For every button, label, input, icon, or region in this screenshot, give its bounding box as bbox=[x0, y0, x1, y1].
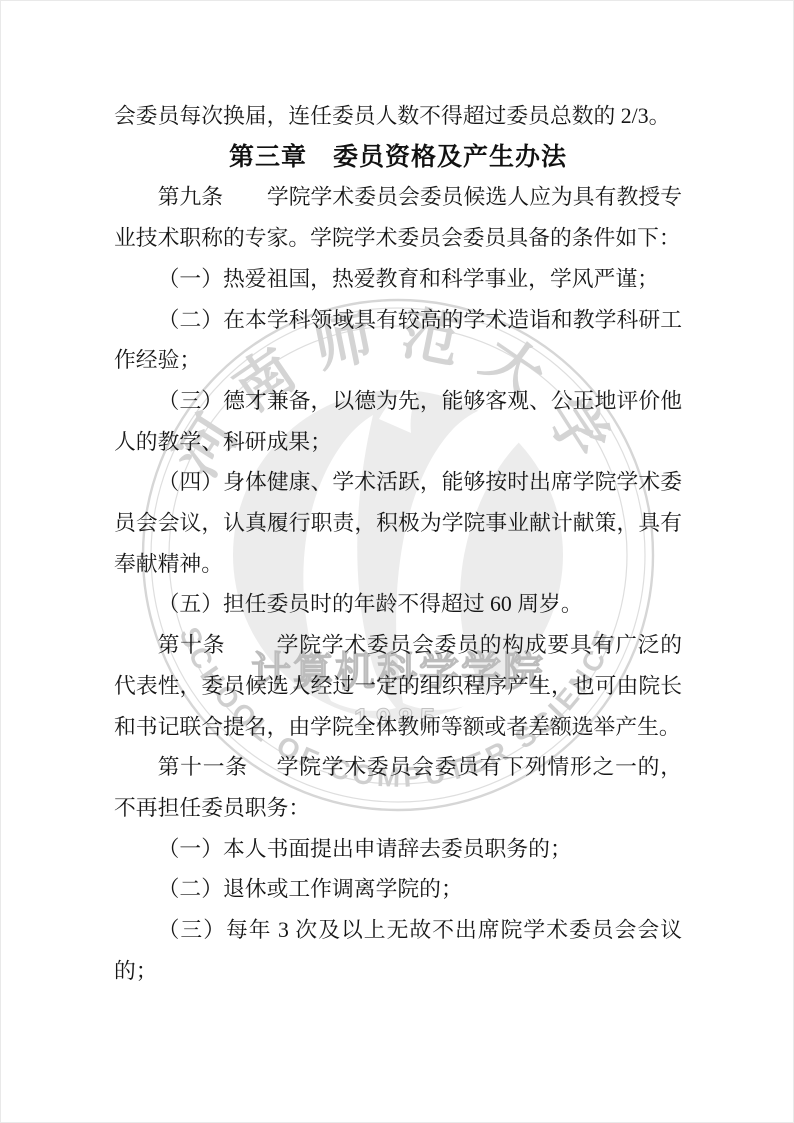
paragraph-article-9-item-4: （四）身体健康、学术活跃，能够按时出席学院学术委员会会议，认真履行职责，积极为学… bbox=[114, 462, 682, 584]
paragraph-article-11-item-1: （一）本人书面提出申请辞去委员职务的； bbox=[114, 829, 682, 870]
paragraph-article-11-item-3: （三）每年 3 次及以上无故不出席院学术委员会会议的； bbox=[114, 910, 682, 991]
paragraph-continuation: 会委员每次换届，连任委员人数不得超过委员总数的 2/3。 bbox=[114, 96, 682, 137]
paragraph-article-9-item-3: （三）德才兼备，以德为先，能够客观、公正地评价他人的教学、科研成果； bbox=[114, 381, 682, 462]
paragraph-article-11: 第十一条 学院学术委员会委员有下列情形之一的，不再担任委员职务： bbox=[114, 747, 682, 828]
chapter-heading: 第三章 委员资格及产生办法 bbox=[114, 137, 682, 178]
paragraph-article-11-item-2: （二）退休或工作调离学院的； bbox=[114, 869, 682, 910]
document-page: 河南师范大学 SCHOOL OF COMPUTER SCIENCE 计算机科学学… bbox=[0, 0, 794, 1123]
paragraph-article-9-item-5: （五）担任委员时的年龄不得超过 60 周岁。 bbox=[114, 584, 682, 625]
paragraph-article-9-item-2: （二）在本学科领域具有较高的学术造诣和教学科研工作经验； bbox=[114, 300, 682, 381]
document-body: 会委员每次换届，连任委员人数不得超过委员总数的 2/3。 第三章 委员资格及产生… bbox=[114, 96, 682, 991]
paragraph-article-9: 第九条 学院学术委员会委员候选人应为具有教授专业技术职称的专家。学院学术委员会委… bbox=[114, 177, 682, 258]
paragraph-article-10: 第十条 学院学术委员会委员的构成要具有广泛的代表性，委员候选人经过一定的组织程序… bbox=[114, 625, 682, 747]
paragraph-article-9-item-1: （一）热爱祖国，热爱教育和科学事业，学风严谨； bbox=[114, 259, 682, 300]
